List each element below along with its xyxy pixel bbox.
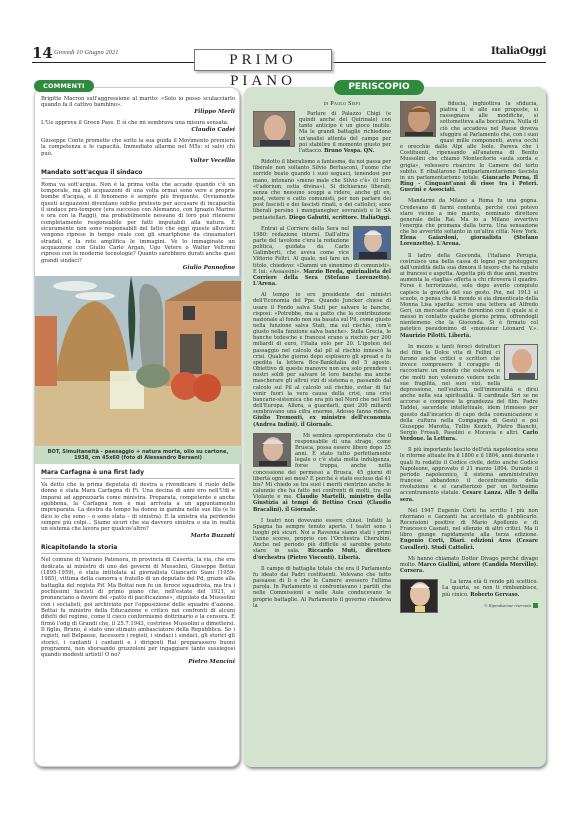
portrait-image [354, 227, 391, 260]
page-date: Giovedì 10 Giugno 2021 [54, 49, 118, 56]
painting-illustration [35, 276, 241, 446]
comment-text: L'Ue approva il Green Pass. E sì che mi … [41, 120, 235, 126]
article-author: Giulio Pannofino [41, 265, 235, 271]
comment-text: Giuseppe Conte promette che sotto la sua… [41, 138, 235, 157]
portrait-image [401, 102, 436, 137]
quote: I teatri non dovevano essere chiusi. Inf… [253, 518, 391, 561]
brand-logo: ItaliaOggi [491, 45, 546, 57]
comment-author: Filippo Merli [41, 109, 235, 115]
periscopio-right-column: fiducia, inghiottiva la sfiducia, piativ… [400, 101, 538, 615]
portrait-image [401, 580, 438, 613]
portrait-photo [400, 579, 438, 613]
quote-text: Mandarmi da Milano a Roma fu una gogna. … [400, 198, 538, 235]
periscopio-box: di Paolo Siepi Parlare di Palazzo Chigi … [244, 87, 546, 767]
section-title: PRIMO PIANO [194, 49, 332, 71]
copyright-text: © Riproduzione riservata [484, 603, 531, 608]
quote-source: Elena Gaiardoni, giornalista (Stefano Lo… [400, 235, 538, 247]
comment-text: Brigitte Macron sull'aggressione al mari… [41, 96, 235, 109]
quote: Mandarmi da Milano a Roma fu una gogna. … [400, 198, 538, 247]
article-text: Va detto che la prima deputata di destra… [41, 482, 235, 533]
portrait-image [254, 434, 291, 467]
article-title: Ricapitolando la storia [41, 544, 235, 554]
quote-source: Marco Giallini, attore (Candida Morvillo… [400, 562, 538, 574]
quote-text: Al tempo io ero presidente dei ministri … [253, 292, 391, 415]
quote-source: Roberto Gervaso. [470, 592, 519, 598]
quote-text: Il ladro della Gioconda, l'italiano Peru… [400, 253, 538, 333]
portrait-photo [400, 101, 436, 137]
article-title: Mara Carfagna è una first lady [41, 469, 235, 479]
quote-source: Bruno Vespa. QN. [324, 148, 374, 154]
painting-caption: BOT, Simultaneità - paesaggio + natura m… [35, 446, 241, 464]
painting-image [35, 276, 241, 446]
commenti-content: Brigitte Macron sull'aggressione al mari… [41, 96, 235, 670]
quote: Al tempo io ero presidente dei ministri … [253, 292, 391, 427]
quote-text: Nel 1947 Eugenio Corti ha scritto I più … [400, 508, 538, 539]
portrait-photo [353, 226, 391, 260]
article-title: Mandato sott'acqua il sindaco [41, 169, 235, 179]
quote-text: Il campo di battaglia totale che era il … [253, 566, 391, 609]
quote-source: Giulio Tremonti, ex ministro dell'econom… [253, 415, 391, 427]
periscopio-label: PERISCOPIO [334, 80, 424, 95]
page-header: 14 Giovedì 10 Giugno 2021 PRIMO PIANO It… [32, 42, 546, 68]
byline: di Paolo Siepi [293, 101, 391, 107]
quote-source: Eugenio Corti, Diari. edizioni Ares (Ces… [400, 538, 538, 550]
quote-text: Il più importante lascito dell'età napol… [400, 447, 538, 496]
article-text: Roma va sott'acqua. Non è la prima volta… [41, 182, 235, 264]
commenti-box: Brigitte Macron sull'aggressione al mari… [34, 87, 240, 767]
comment-author: Valter Vecellio [41, 158, 235, 164]
article-text: Nel comune di Vairano Patenora, in provi… [41, 557, 235, 659]
portrait-photo [504, 344, 538, 380]
quote: Ridotto il liberalismo a fantasma, da no… [253, 159, 391, 221]
quote-source: Diego Gabutti, scrittore. ItaliaOggi. [289, 215, 391, 221]
periscopio-left-column: di Paolo Siepi Parlare di Palazzo Chigi … [253, 101, 391, 614]
quote: Mi hanno chiamato Dottor Divago perché d… [400, 556, 538, 574]
end-square-icon [533, 603, 538, 608]
quote-text: Ridotto il liberalismo a fantasma, da no… [253, 159, 391, 220]
page-number: 14 [32, 44, 53, 62]
portrait-image [254, 112, 295, 147]
quote: Il ladro della Gioconda, l'italiano Peru… [400, 253, 538, 339]
portrait-photo [253, 111, 295, 147]
quote: Il campo di battaglia totale che era il … [253, 566, 391, 609]
article-author: Marta Buzzati [41, 533, 235, 539]
article-author: Pietro Mancini [41, 659, 235, 665]
quote-source: Maurizio Pilotti. Libertà. [400, 333, 471, 339]
quote: Il più importante lascito dell'età napol… [400, 447, 538, 502]
comment-author: Claudio Cadei [41, 127, 235, 133]
commenti-label: COMMENTI [34, 80, 94, 92]
portrait-photo [253, 433, 291, 467]
portrait-image [505, 345, 538, 380]
quote: Nel 1947 Eugenio Corti ha scritto I più … [400, 508, 538, 551]
